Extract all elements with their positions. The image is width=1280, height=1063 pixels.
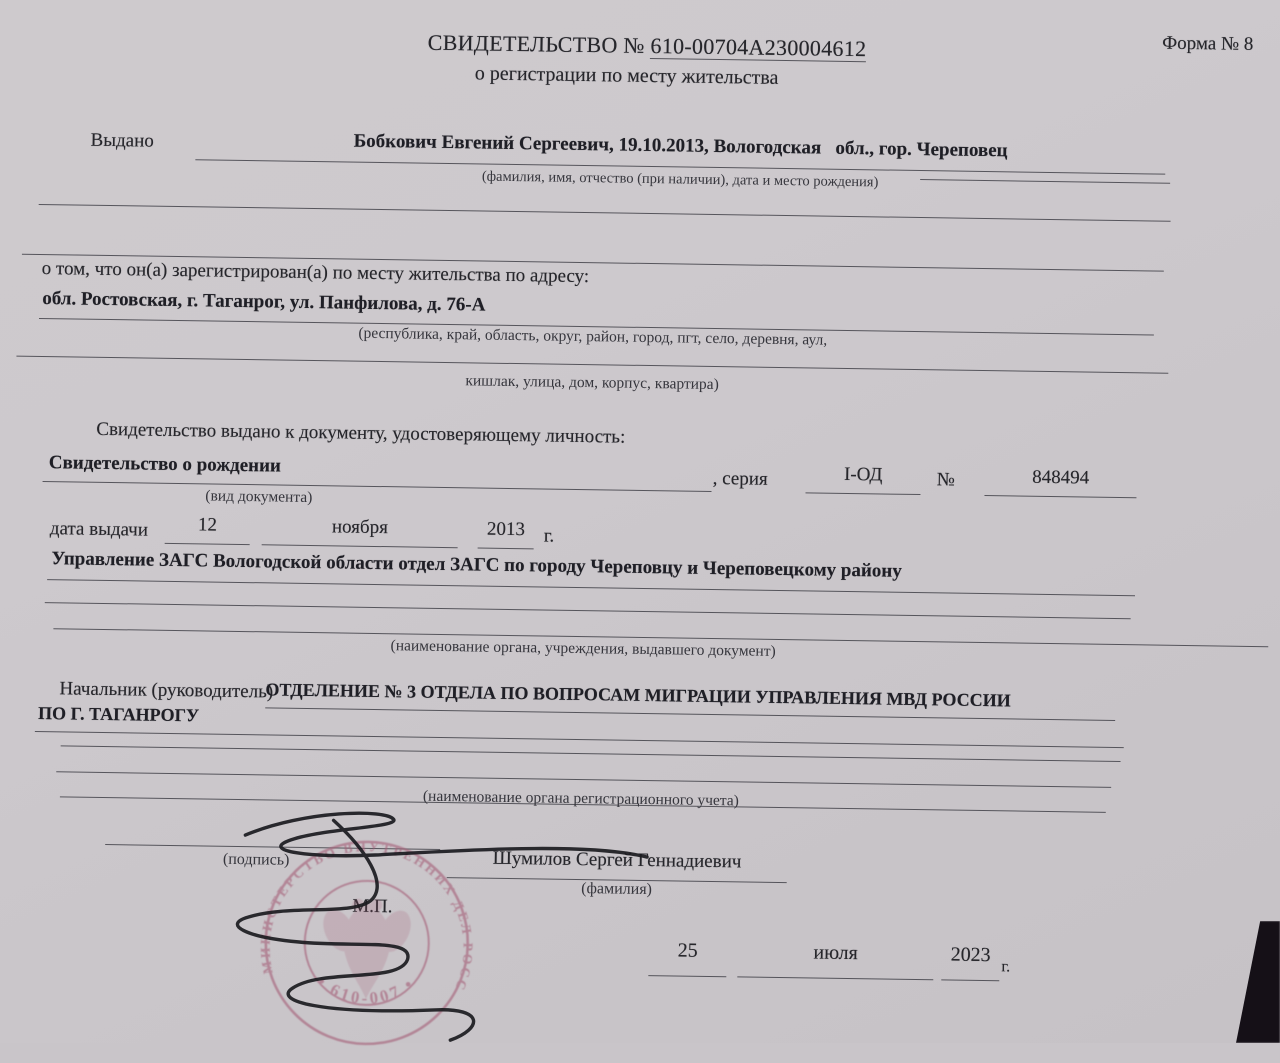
issue-date-year-field: 2013: [478, 518, 534, 549]
handwritten-signature: [132, 796, 696, 1043]
head-label: Начальник (руководитель): [59, 678, 273, 703]
issue-date-day-field: 12: [165, 514, 250, 545]
address-caption-2: кишлак, улица, дом, корпус, квартира): [162, 368, 1022, 399]
document-intro: Свидетельство выдано к документу, удосто…: [96, 419, 625, 449]
series-field: I-ОД: [805, 463, 920, 495]
issue-date-label: дата выдачи: [50, 518, 148, 541]
issued-label: Выдано: [90, 130, 154, 153]
number-field: 848494: [984, 466, 1136, 498]
certificate-title-prefix: СВИДЕТЕЛЬСТВО №: [428, 30, 651, 58]
issue-date-month-field: ноября: [262, 515, 458, 548]
document-type-caption: (вид документа): [205, 487, 312, 507]
date-year-suffix: г.: [1001, 958, 1010, 976]
date-month-field: июля: [737, 940, 934, 980]
date-year-field: 2023: [941, 943, 1000, 981]
certificate-number: 610-00704A230004612: [650, 33, 866, 62]
registered-statement: о том, что он(а) зарегистрирован(а) по м…: [42, 258, 590, 288]
issue-date-year-suffix: г.: [544, 525, 555, 547]
certificate-sheet: Форма № 8 СВИДЕТЕЛЬСТВО № 610-00704A2300…: [0, 0, 1280, 1043]
blank-line-right: [920, 159, 1170, 184]
photo-background: Форма № 8 СВИДЕТЕЛЬСТВО № 610-00704A2300…: [0, 0, 1280, 1043]
number-label: №: [937, 469, 955, 491]
series-label: , серия: [713, 468, 768, 491]
document-type-field: Свидетельство о рождении: [43, 452, 712, 492]
